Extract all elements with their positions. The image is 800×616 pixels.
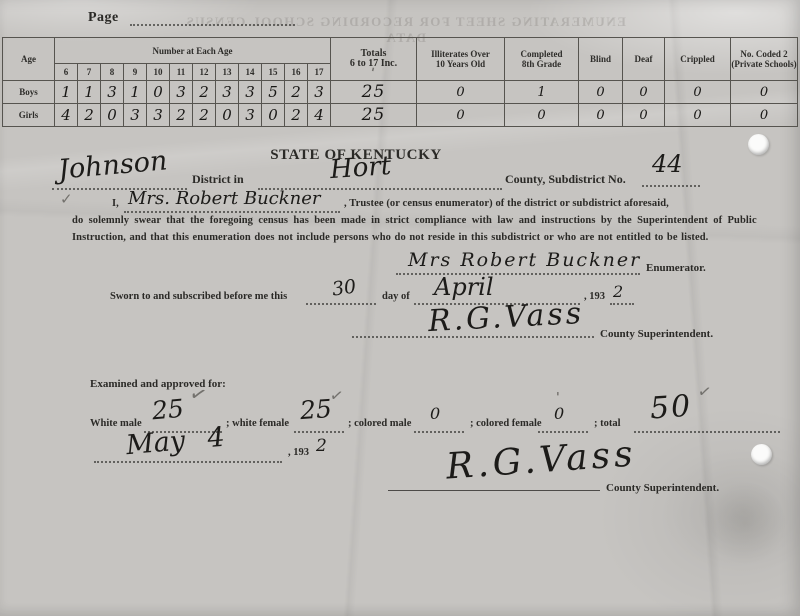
oath-line3: Instruction, and that this enumeration d…: [72, 232, 784, 243]
row-label-boys: Boys: [3, 81, 55, 104]
trustee-name-handwritten: Mrs. Robert Buckner: [128, 188, 321, 209]
subdistrict-line: [642, 184, 700, 187]
checkmark-total: ✓: [696, 381, 713, 402]
superintendent-label-bottom: County Superintendent.: [606, 482, 719, 494]
age-col-9: 9: [124, 64, 147, 81]
county-subdistrict-label: County, Subdistrict No.: [505, 172, 626, 187]
white-female-label: ; white female: [226, 418, 289, 429]
hole-punch-bottom: [751, 444, 772, 465]
superintendent-signature-bottom: R.G.Vass: [445, 433, 638, 487]
superintendent-line-mid: [352, 335, 594, 338]
approval-year-digit: 2: [316, 436, 327, 456]
age-col-15: 15: [262, 64, 285, 81]
age-col-7: 7: [78, 64, 101, 81]
sworn-label: Sworn to and subscribed before me this: [110, 291, 287, 302]
age-col-13: 13: [216, 64, 239, 81]
paper-smudge: [700, 478, 790, 568]
sworn-year-digit-handwritten: 2: [613, 282, 623, 301]
white-female-value: 25: [299, 394, 333, 425]
colored-female-label: ; colored female: [470, 418, 542, 429]
age-col-16: 16: [285, 64, 308, 81]
enumerator-signature: Mrs Robert Buckner: [408, 249, 641, 271]
total-value: 50: [649, 389, 694, 427]
district-in-label: District in: [192, 172, 244, 187]
age-col-17: 17: [308, 64, 331, 81]
age-col-10: 10: [147, 64, 170, 81]
sworn-month-handwritten: April: [434, 273, 494, 301]
white-male-label: White male: [90, 418, 142, 429]
approval-date-line: [94, 460, 282, 463]
col-header-illiterates: Illiterates Over 10 Years Old: [417, 38, 505, 81]
oath-line2: do solemnly swear that the foregoing cen…: [72, 215, 784, 226]
colored-female-value: 0: [554, 404, 564, 423]
sworn-day-line: [306, 302, 376, 305]
age-col-12: 12: [193, 64, 216, 81]
sworn-year-prefix: , 193: [584, 291, 605, 302]
colored-male-line: [414, 430, 464, 433]
oath-prefix: I,: [112, 198, 119, 209]
page-number-label: Page: [88, 10, 119, 26]
tick-colored-female: ': [556, 390, 560, 404]
age-col-8: 8: [101, 64, 124, 81]
row-label-girls: Girls: [3, 104, 55, 127]
day-of-label: day of: [382, 291, 410, 302]
col-header-crippled: Crippled: [665, 38, 731, 81]
oath-line1: , Trustee (or census enumerator) of the …: [344, 198, 669, 209]
enumerator-label: Enumerator.: [646, 262, 706, 274]
boys-total: 25: [331, 81, 417, 104]
trustee-name-line: [124, 210, 340, 213]
sworn-day-handwritten: 30: [331, 275, 358, 300]
superintendent-signature-mid: R.G.Vass: [427, 296, 585, 339]
colored-male-label: ; colored male: [348, 418, 411, 429]
age-col-11: 11: [170, 64, 193, 81]
colored-male-value: 0: [430, 404, 440, 423]
county-name-handwritten: Hort: [329, 151, 392, 185]
colored-female-line: [538, 430, 588, 433]
col-header-coded-private: No. Coded 2 (Private Schools): [731, 38, 798, 81]
subdistrict-number-handwritten: 44: [652, 150, 683, 178]
table-row-boys: Boys 1 1 3 1 0 3 2 3 3 5 2 3 25 0 1 0 0 …: [3, 81, 798, 104]
scanned-census-form: Page ENUMERATING SHEET FOR RECORDING SCH…: [0, 0, 800, 616]
superintendent-label-mid: County Superintendent.: [600, 328, 713, 340]
col-header-age: Age: [3, 38, 55, 81]
superintendent-line-bottom: [388, 489, 600, 491]
col-header-completed-8th: Completed 8th Grade: [505, 38, 579, 81]
checkmark-oath: ✓: [60, 190, 73, 208]
girls-total: 25: [331, 104, 417, 127]
sworn-year-line: [610, 302, 634, 305]
white-male-value: 25: [151, 394, 185, 426]
col-header-deaf: Deaf: [623, 38, 665, 81]
enumerator-line: [396, 272, 640, 275]
total-line: [634, 430, 780, 433]
total-label: ; total: [594, 418, 621, 429]
white-female-line: [294, 430, 344, 433]
approval-year-prefix: , 193: [288, 447, 309, 458]
hole-punch-top: [748, 134, 769, 155]
census-tally-table: Age Number at Each Age Totals 6 to 17 In…: [2, 37, 798, 127]
age-col-6: 6: [55, 64, 78, 81]
col-header-number-at-each-age: Number at Each Age: [55, 38, 331, 64]
age-col-14: 14: [239, 64, 262, 81]
table-row-girls: Girls 4 2 0 3 3 2 2 0 3 0 2 4 25 0 0 0 0…: [3, 104, 798, 127]
col-header-blind: Blind: [579, 38, 623, 81]
